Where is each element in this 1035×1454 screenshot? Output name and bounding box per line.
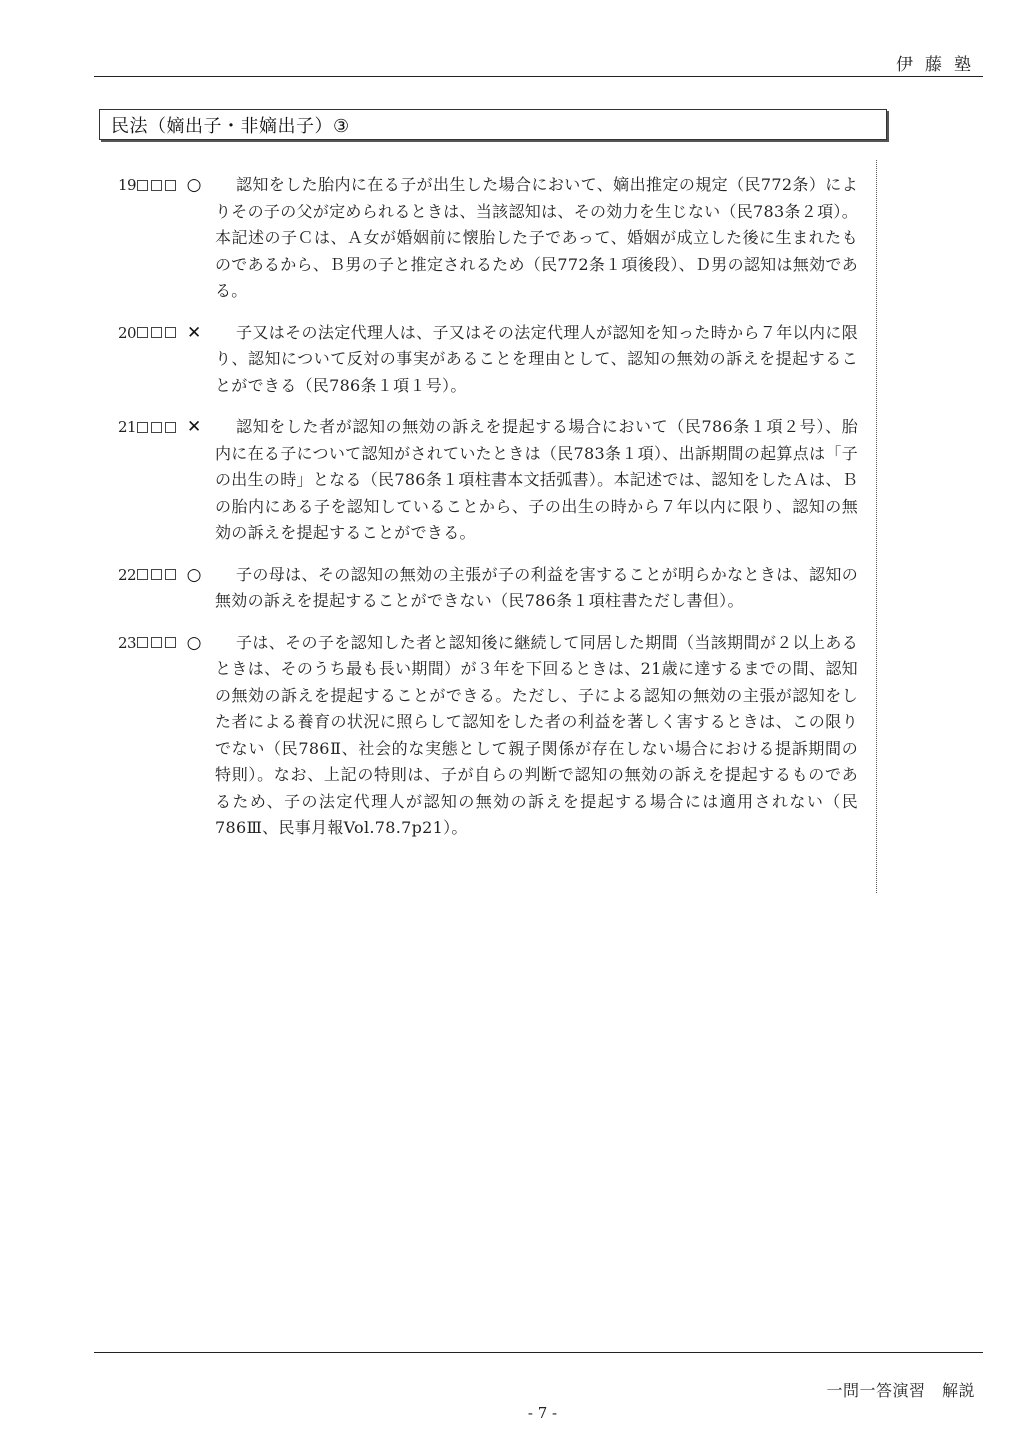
review-checkbox-1[interactable] bbox=[137, 180, 148, 191]
review-checkbox-3[interactable] bbox=[165, 180, 176, 191]
question-item-19: 19 ○ 認知をした胎内に在る子が出生した場合において、嫡出推定の規定（民772… bbox=[118, 172, 858, 305]
review-checkbox-2[interactable] bbox=[151, 637, 162, 648]
answer-explanation: 認知をした者が認知の無効の訴えを提起する場合において（民786条１項２号）、胎内… bbox=[215, 414, 858, 547]
review-checkboxes bbox=[137, 569, 179, 580]
answer-explanation: 子又はその法定代理人は、子又はその法定代理人が認知を知った時から７年以内に限り、… bbox=[215, 320, 858, 400]
review-checkbox-3[interactable] bbox=[165, 637, 176, 648]
review-checkbox-2[interactable] bbox=[151, 569, 162, 580]
review-checkbox-2[interactable] bbox=[151, 422, 162, 433]
review-checkboxes bbox=[137, 327, 179, 338]
question-item-22: 22 ○ 子の母は、その認知の無効の主張が子の利益を害することが明らかなときは、… bbox=[118, 562, 858, 615]
section-title: 民法（嫡出子・非嫡出子）③ bbox=[111, 112, 350, 138]
question-head: 20 ✕ bbox=[118, 320, 203, 347]
question-head: 23 ○ bbox=[118, 630, 203, 657]
question-list: 19 ○ 認知をした胎内に在る子が出生した場合において、嫡出推定の規定（民772… bbox=[118, 172, 858, 857]
review-checkbox-1[interactable] bbox=[137, 569, 148, 580]
header-brand: 伊藤塾 bbox=[896, 50, 983, 75]
header-divider bbox=[94, 76, 983, 77]
review-checkboxes bbox=[137, 422, 179, 433]
question-head: 22 ○ bbox=[118, 562, 203, 589]
question-item-21: 21 ✕ 認知をした者が認知の無効の訴えを提起する場合において（民786条１項２… bbox=[118, 414, 858, 547]
question-head: 21 ✕ bbox=[118, 414, 203, 441]
question-number: 21 bbox=[118, 418, 136, 436]
circle-correct-icon: ○ bbox=[185, 633, 203, 653]
section-title-box: 民法（嫡出子・非嫡出子）③ bbox=[99, 109, 887, 140]
circle-correct-icon: ○ bbox=[185, 565, 203, 585]
question-head: 19 ○ bbox=[118, 172, 203, 199]
question-number: 22 bbox=[118, 566, 136, 584]
review-checkbox-1[interactable] bbox=[137, 327, 148, 338]
question-item-23: 23 ○ 子は、その子を認知した者と認知後に継続して同居した期間（当該期間が２以… bbox=[118, 630, 858, 842]
review-checkbox-1[interactable] bbox=[137, 637, 148, 648]
review-checkboxes bbox=[137, 180, 179, 191]
cross-incorrect-icon: ✕ bbox=[185, 323, 203, 343]
question-number: 19 bbox=[118, 176, 136, 194]
review-checkbox-3[interactable] bbox=[165, 327, 176, 338]
question-number: 20 bbox=[118, 324, 136, 342]
question-number: 23 bbox=[118, 634, 136, 652]
review-checkbox-3[interactable] bbox=[165, 422, 176, 433]
answer-explanation: 認知をした胎内に在る子が出生した場合において、嫡出推定の規定（民772条）により… bbox=[215, 172, 858, 305]
review-checkbox-2[interactable] bbox=[151, 180, 162, 191]
right-margin-dotted-line bbox=[876, 160, 877, 893]
answer-explanation: 子は、その子を認知した者と認知後に継続して同居した期間（当該期間が２以上あるとき… bbox=[215, 630, 858, 842]
question-item-20: 20 ✕ 子又はその法定代理人は、子又はその法定代理人が認知を知った時から７年以… bbox=[118, 320, 858, 400]
answer-explanation: 子の母は、その認知の無効の主張が子の利益を害することが明らかなときは、認知の無効… bbox=[215, 562, 858, 615]
circle-correct-icon: ○ bbox=[185, 175, 203, 195]
page-number: - 7 - bbox=[0, 1404, 1035, 1422]
footer-label: 一問一答演習 解説 bbox=[826, 1378, 975, 1401]
review-checkbox-2[interactable] bbox=[151, 327, 162, 338]
review-checkbox-1[interactable] bbox=[137, 422, 148, 433]
cross-incorrect-icon: ✕ bbox=[185, 417, 203, 437]
review-checkboxes bbox=[137, 637, 179, 648]
review-checkbox-3[interactable] bbox=[165, 569, 176, 580]
footer-divider bbox=[94, 1352, 983, 1353]
